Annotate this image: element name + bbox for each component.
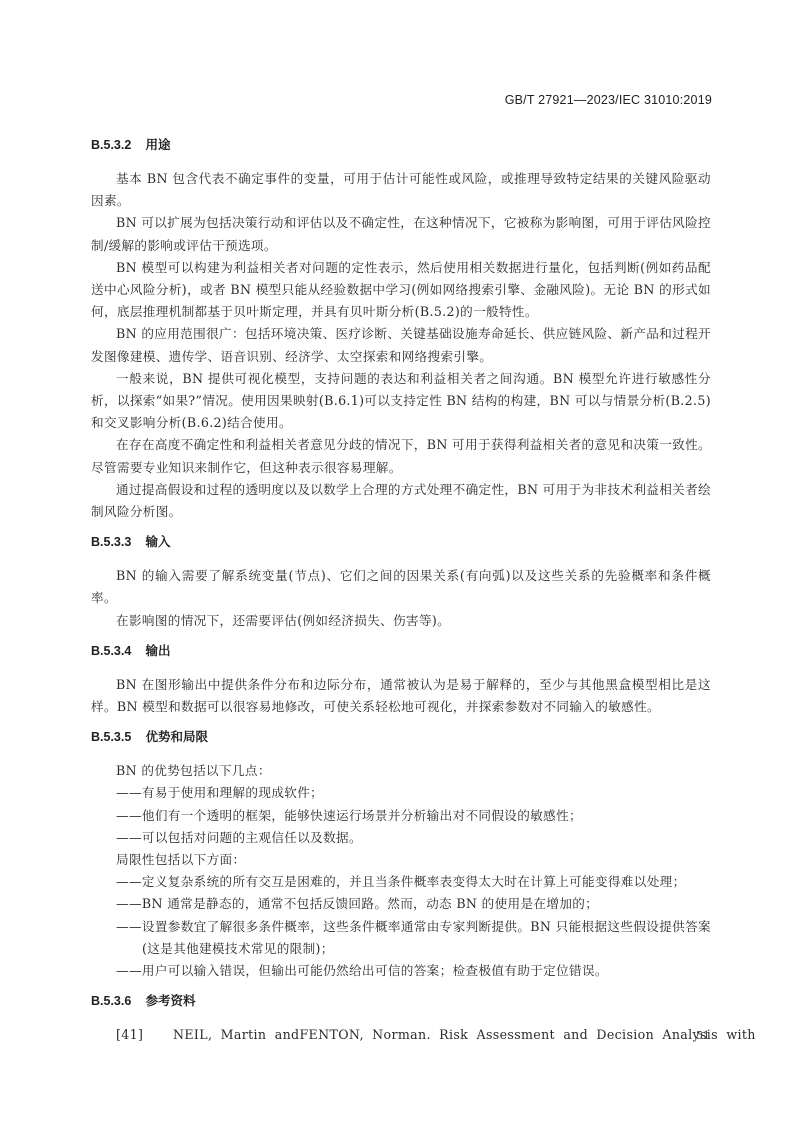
- reference-text: NEIL, Martin andFENTON, Norman. Risk Ass…: [173, 1027, 756, 1042]
- section-heading-references: B.5.3.6 参考资料: [91, 990, 711, 1012]
- paragraph: BN 模型可以构建为利益相关者对问题的定性表示，然后使用相关数据进行量化，包括判…: [91, 257, 711, 324]
- paragraph: BN 的输入需要了解系统变量(节点)、它们之间的因果关系(有向弧)以及这些关系的…: [91, 565, 711, 609]
- paragraph: BN 可以扩展为包括决策行动和评估以及不确定性，在这种情况下，它被称为影响图，可…: [91, 212, 711, 256]
- paragraph: 基本 BN 包含代表不确定事件的变量，可用于估计可能性或风险，或推理导致特定结果…: [91, 168, 711, 212]
- standard-code: GB/T 27921—2023/IEC 31010:2019: [505, 93, 712, 107]
- page-number: 51: [696, 1029, 710, 1042]
- reference-index: [41]: [116, 1024, 173, 1046]
- list-item: ——他们有一个透明的框架，能够快速运行场景并分析输出对不同假设的敏感性；: [91, 805, 711, 827]
- reference-entry: [41]NEIL, Martin andFENTON, Norman. Risk…: [91, 1024, 711, 1046]
- section-heading-strengths-limitations: B.5.3.5 优势和局限: [91, 726, 711, 748]
- section-heading-output: B.5.3.4 输出: [91, 640, 711, 662]
- paragraph: 在影响图的情况下，还需要评估(例如经济损失、伤害等)。: [91, 610, 711, 632]
- section-number: B.5.3.2: [91, 134, 142, 156]
- list-item: ——可以包括对问题的主观信任以及数据。: [91, 827, 711, 849]
- list-item: ——BN 通常是静态的，通常不包括反馈回路。然而，动态 BN 的使用是在增加的；: [91, 893, 711, 915]
- section-title: 优势和局限: [145, 730, 208, 744]
- document-header: GB/T 27921—2023/IEC 31010:2019: [505, 93, 712, 107]
- section-number: B.5.3.3: [91, 531, 142, 553]
- paragraph: BN 在图形输出中提供条件分布和边际分布，通常被认为是易于解释的，至少与其他黑盒…: [91, 674, 711, 718]
- section-heading-usage: B.5.3.2 用途: [91, 134, 711, 156]
- list-item: ——用户可以输入错误，但输出可能仍然给出可信的答案；检查极值有助于定位错误。: [91, 960, 711, 982]
- limitations-intro: 局限性包括以下方面：: [91, 849, 711, 871]
- section-title: 输出: [145, 644, 170, 658]
- section-number: B.5.3.6: [91, 990, 142, 1012]
- section-title: 输入: [145, 535, 170, 549]
- list-item: ——设置参数宜了解很多条件概率，这些条件概率通常由专家判断提供。BN 只能根据这…: [91, 916, 711, 960]
- section-heading-input: B.5.3.3 输入: [91, 531, 711, 553]
- paragraph: BN 的应用范围很广：包括环境决策、医疗诊断、关键基础设施寿命延长、供应链风险、…: [91, 323, 711, 367]
- paragraph: 通过提高假设和过程的透明度以及以数学上合理的方式处理不确定性，BN 可用于为非技…: [91, 479, 711, 523]
- section-title: 用途: [145, 138, 170, 152]
- paragraph: 在存在高度不确定性和利益相关者意见分歧的情况下，BN 可用于获得利益相关者的意见…: [91, 434, 711, 478]
- strengths-intro: BN 的优势包括以下几点：: [91, 760, 711, 782]
- page-content: B.5.3.2 用途 基本 BN 包含代表不确定事件的变量，可用于估计可能性或风…: [91, 134, 711, 1046]
- limitations-list: ——定义复杂系统的所有交互是困难的，并且当条件概率表变得太大时在计算上可能变得难…: [91, 871, 711, 982]
- list-item: ——定义复杂系统的所有交互是困难的，并且当条件概率表变得太大时在计算上可能变得难…: [91, 871, 711, 893]
- list-item: ——有易于使用和理解的现成软件；: [91, 782, 711, 804]
- strengths-list: ——有易于使用和理解的现成软件； ——他们有一个透明的框架，能够快速运行场景并分…: [91, 782, 711, 849]
- paragraph: 一般来说，BN 提供可视化模型，支持问题的表达和利益相关者之间沟通。BN 模型允…: [91, 368, 711, 435]
- section-number: B.5.3.4: [91, 640, 142, 662]
- section-title: 参考资料: [145, 994, 195, 1008]
- section-number: B.5.3.5: [91, 726, 142, 748]
